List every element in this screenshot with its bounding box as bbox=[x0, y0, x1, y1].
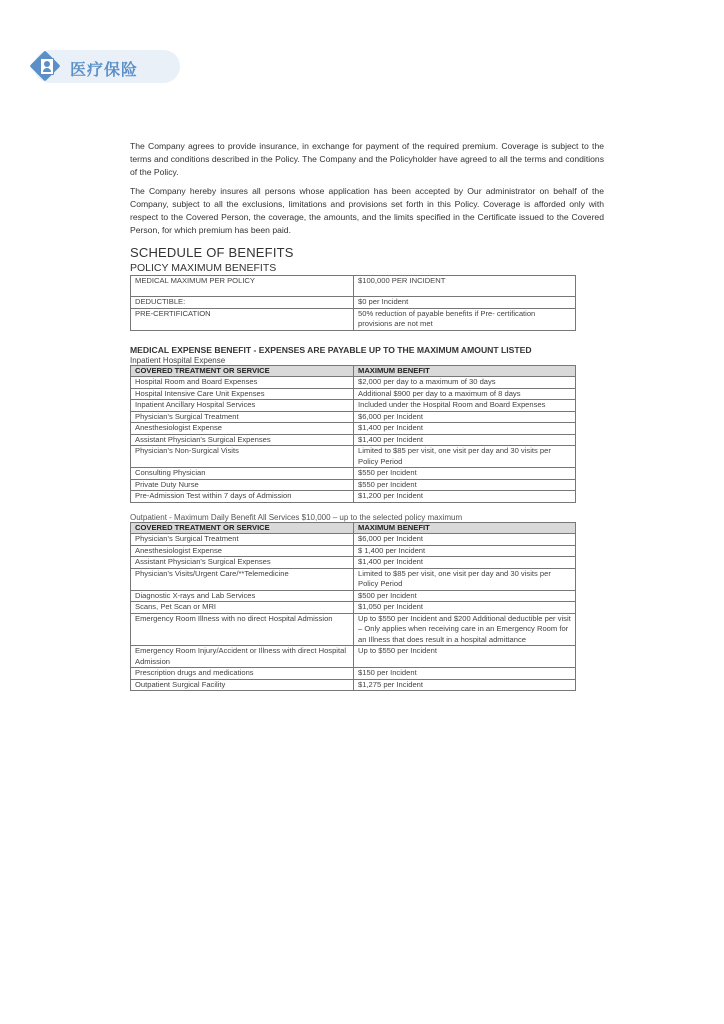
header-maximum-benefit: MAXIMUM BENEFIT bbox=[354, 365, 576, 377]
header-maximum-benefit: MAXIMUM BENEFIT bbox=[354, 522, 576, 534]
cell-service: Physician's Visits/Urgent Care/**Telemed… bbox=[131, 568, 354, 590]
cell-benefit: $1,400 per Incident bbox=[354, 423, 576, 435]
cell-service: Physician's Surgical Treatment bbox=[131, 534, 354, 546]
medical-expense-title: MEDICAL EXPENSE BENEFIT - EXPENSES ARE P… bbox=[130, 345, 604, 355]
cell-service: Anesthesiologist Expense bbox=[131, 545, 354, 557]
cell-benefit: Additional $900 per day to a maximum of … bbox=[354, 388, 576, 400]
inpatient-table: COVERED TREATMENT OR SERVICE MAXIMUM BEN… bbox=[130, 365, 576, 503]
header-covered-treatment: COVERED TREATMENT OR SERVICE bbox=[131, 365, 354, 377]
table-row: Assistant Physician's Surgical Expenses$… bbox=[131, 434, 576, 446]
cell-benefit: $1,400 per Incident bbox=[354, 557, 576, 569]
person-card-icon bbox=[40, 58, 54, 75]
schedule-title: SCHEDULE OF BENEFITS bbox=[130, 245, 604, 260]
cell-service: Emergency Room Illness with no direct Ho… bbox=[131, 613, 354, 646]
cell-service: Physician's Surgical Treatment bbox=[131, 411, 354, 423]
table-row: Prescription drugs and medications$150 p… bbox=[131, 668, 576, 680]
cell-label: DEDUCTIBLE: bbox=[131, 297, 354, 309]
table-row: Physician's Non-Surgical VisitsLimited t… bbox=[131, 446, 576, 468]
cell-service: Consulting Physician bbox=[131, 468, 354, 480]
table-row: Anesthesiologist Expense$1,400 per Incid… bbox=[131, 423, 576, 435]
cell-service: Emergency Room Injury/Accident or Illnes… bbox=[131, 646, 354, 668]
cell-benefit: $1,275 per Incident bbox=[354, 679, 576, 691]
table-row: MEDICAL MAXIMUM PER POLICY $100,000 PER … bbox=[131, 276, 576, 297]
table-row: Emergency Room Injury/Accident or Illnes… bbox=[131, 646, 576, 668]
table-row: Anesthesiologist Expense$ 1,400 per Inci… bbox=[131, 545, 576, 557]
table-row: Scans, Pet Scan or MRI$1,050 per Inciden… bbox=[131, 602, 576, 614]
intro-paragraph-1: The Company agrees to provide insurance,… bbox=[130, 140, 604, 179]
cell-value: 50% reduction of payable benefits if Pre… bbox=[354, 308, 576, 330]
policy-max-table: MEDICAL MAXIMUM PER POLICY $100,000 PER … bbox=[130, 275, 576, 331]
table-row: Assistant Physician's Surgical Expenses$… bbox=[131, 557, 576, 569]
table-row: Hospital Intensive Care Unit ExpensesAdd… bbox=[131, 388, 576, 400]
document-page: The Company agrees to provide insurance,… bbox=[130, 140, 604, 691]
cell-benefit: $ 1,400 per Incident bbox=[354, 545, 576, 557]
table-row: DEDUCTIBLE: $0 per Incident bbox=[131, 297, 576, 309]
cell-benefit: $2,000 per day to a maximum of 30 days bbox=[354, 377, 576, 389]
cell-benefit: Up to $550 per Incident and $200 Additio… bbox=[354, 613, 576, 646]
cell-label: MEDICAL MAXIMUM PER POLICY bbox=[131, 276, 354, 297]
outpatient-table: COVERED TREATMENT OR SERVICE MAXIMUM BEN… bbox=[130, 522, 576, 692]
cell-benefit: Limited to $85 per visit, one visit per … bbox=[354, 568, 576, 590]
table-row: Diagnostic X-rays and Lab Services$500 p… bbox=[131, 590, 576, 602]
cell-benefit: Included under the Hospital Room and Boa… bbox=[354, 400, 576, 412]
table-row: Emergency Room Illness with no direct Ho… bbox=[131, 613, 576, 646]
table-row: Physician's Surgical Treatment$6,000 per… bbox=[131, 411, 576, 423]
cell-label: PRE-CERTIFICATION bbox=[131, 308, 354, 330]
table-row: Consulting Physician$550 per Incident bbox=[131, 468, 576, 480]
outpatient-title: Outpatient - Maximum Daily Benefit All S… bbox=[130, 513, 604, 522]
cell-benefit: $500 per Incident bbox=[354, 590, 576, 602]
cell-service: Hospital Intensive Care Unit Expenses bbox=[131, 388, 354, 400]
cell-service: Outpatient Surgical Facility bbox=[131, 679, 354, 691]
cell-benefit: $1,400 per Incident bbox=[354, 434, 576, 446]
cell-service: Private Duty Nurse bbox=[131, 479, 354, 491]
cell-service: Inpatient Ancillary Hospital Services bbox=[131, 400, 354, 412]
section-tag-label: 医疗保险 bbox=[70, 57, 138, 80]
cell-benefit: $6,000 per Incident bbox=[354, 411, 576, 423]
cell-benefit: $1,200 per Incident bbox=[354, 491, 576, 503]
table-row: Outpatient Surgical Facility$1,275 per I… bbox=[131, 679, 576, 691]
intro-paragraph-2: The Company hereby insures all persons w… bbox=[130, 185, 604, 237]
table-row: Inpatient Ancillary Hospital ServicesInc… bbox=[131, 400, 576, 412]
cell-service: Assistant Physician's Surgical Expenses bbox=[131, 557, 354, 569]
cell-benefit: $1,050 per Incident bbox=[354, 602, 576, 614]
cell-service: Prescription drugs and medications bbox=[131, 668, 354, 680]
cell-benefit: $150 per Incident bbox=[354, 668, 576, 680]
cell-benefit: $550 per Incident bbox=[354, 479, 576, 491]
table-row: Pre-Admission Test within 7 days of Admi… bbox=[131, 491, 576, 503]
cell-service: Anesthesiologist Expense bbox=[131, 423, 354, 435]
cell-value: $100,000 PER INCIDENT bbox=[354, 276, 576, 297]
inpatient-title: Inpatient Hospital Expense bbox=[130, 356, 604, 365]
table-row: Private Duty Nurse$550 per Incident bbox=[131, 479, 576, 491]
cell-service: Pre-Admission Test within 7 days of Admi… bbox=[131, 491, 354, 503]
cell-benefit: Limited to $85 per visit, one visit per … bbox=[354, 446, 576, 468]
table-row: Physician's Surgical Treatment$6,000 per… bbox=[131, 534, 576, 546]
cell-benefit: $550 per Incident bbox=[354, 468, 576, 480]
table-header-row: COVERED TREATMENT OR SERVICE MAXIMUM BEN… bbox=[131, 365, 576, 377]
policy-max-title: POLICY MAXIMUM BENEFITS bbox=[130, 262, 604, 274]
cell-service: Assistant Physician's Surgical Expenses bbox=[131, 434, 354, 446]
cell-service: Hospital Room and Board Expenses bbox=[131, 377, 354, 389]
table-row: Hospital Room and Board Expenses$2,000 p… bbox=[131, 377, 576, 389]
cell-benefit: $6,000 per Incident bbox=[354, 534, 576, 546]
table-row: PRE-CERTIFICATION 50% reduction of payab… bbox=[131, 308, 576, 330]
cell-benefit: Up to $550 per Incident bbox=[354, 646, 576, 668]
cell-service: Physician's Non-Surgical Visits bbox=[131, 446, 354, 468]
table-header-row: COVERED TREATMENT OR SERVICE MAXIMUM BEN… bbox=[131, 522, 576, 534]
cell-service: Scans, Pet Scan or MRI bbox=[131, 602, 354, 614]
table-row: Physician's Visits/Urgent Care/**Telemed… bbox=[131, 568, 576, 590]
cell-value: $0 per Incident bbox=[354, 297, 576, 309]
cell-service: Diagnostic X-rays and Lab Services bbox=[131, 590, 354, 602]
header-covered-treatment: COVERED TREATMENT OR SERVICE bbox=[131, 522, 354, 534]
